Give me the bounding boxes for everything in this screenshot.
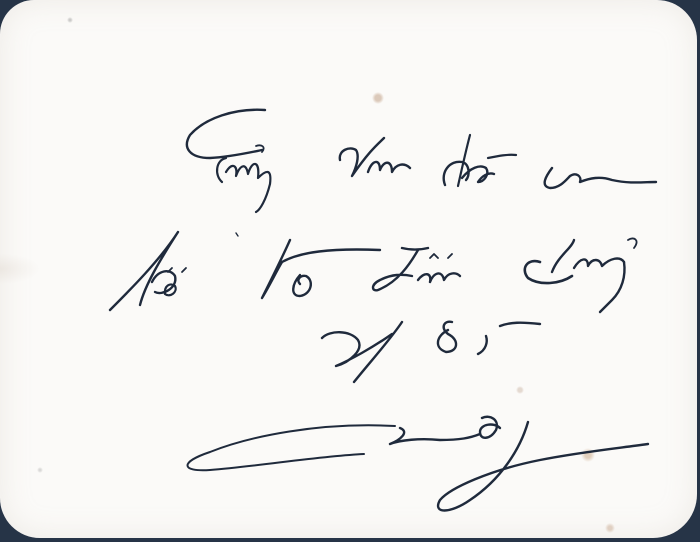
photo-scene: Tặng Văn Hà con Bố Võ Tần Thủy 2/85 (sig… — [0, 0, 700, 542]
line-dedication — [187, 110, 656, 212]
line-from — [110, 232, 636, 312]
signature — [188, 417, 649, 511]
line-date — [322, 322, 540, 382]
handwritten-card: Tặng Văn Hà con Bố Võ Tần Thủy 2/85 (sig… — [0, 0, 697, 538]
handwriting-ink — [0, 0, 697, 538]
